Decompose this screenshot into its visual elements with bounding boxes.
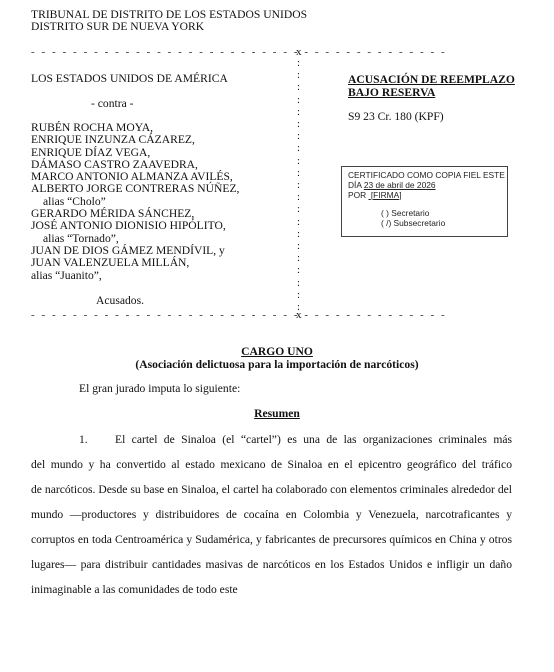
caption-colon: : <box>297 217 300 228</box>
paragraph-line: del mundo y ha convertido al estado mexi… <box>31 458 512 472</box>
caption-colon: : <box>297 229 300 240</box>
paragraph-line: mundo —productores y distribuidores de c… <box>31 508 512 522</box>
caption-colon: : <box>297 70 300 81</box>
caption-bottom-x: x <box>296 309 302 321</box>
caption-top-rule: - - - - - - - - - - - - - - - - - - - - … <box>31 46 447 58</box>
case-number: S9 23 Cr. 180 (KPF) <box>348 110 444 123</box>
paragraph-line: El cartel de Sinaloa (el “cartel”) es un… <box>115 433 512 447</box>
caption-colon: : <box>297 95 300 106</box>
defendant: ENRIQUE INZUNZA CÁZAREZ, <box>31 134 239 146</box>
caption-colon: : <box>297 131 300 142</box>
caption-bottom-rule: - - - - - - - - - - - - - - - - - - - - … <box>31 309 447 321</box>
plaintiff: LOS ESTADOS UNIDOS DE AMÉRICA <box>31 73 228 85</box>
cert-option-deputy-clerk: ( /) Subsecretario <box>348 219 507 229</box>
certified-copy-stamp: CERTIFICADO COMO COPIA FIEL ESTE DÍA 23 … <box>341 166 508 237</box>
court-heading: TRIBUNAL DE DISTRITO DE LOS ESTADOS UNID… <box>31 9 307 33</box>
caption-colon: : <box>297 180 300 191</box>
paragraph-line: inimaginable a las comunidades de todo e… <box>31 583 238 596</box>
caption-colon: : <box>297 253 300 264</box>
defendant: ALBERTO JORGE CONTRERAS NÚÑEZ, <box>31 183 239 195</box>
caption-colon: : <box>297 107 300 118</box>
defendant: JUAN VALENZUELA MILLÁN, <box>31 257 239 269</box>
defendants-list: RUBÉN ROCHA MOYA, ENRIQUE INZUNZA CÁZARE… <box>31 122 239 282</box>
cert-by-line: POR [FIRMA] <box>348 191 507 201</box>
cert-signature: [FIRMA] <box>368 191 432 201</box>
caption-colon: : <box>297 119 300 130</box>
versus-label: - contra - <box>91 98 134 110</box>
section-heading: Resumen <box>0 407 554 420</box>
document-title: ACUSACIÓN DE REEMPLAZO BAJO RESERVA <box>348 73 515 99</box>
defendant: JOSÉ ANTONIO DIONISIO HIPÓLITO, <box>31 220 239 232</box>
caption-colon: : <box>297 168 300 179</box>
document-title-line: ACUSACIÓN DE REEMPLAZO <box>348 73 515 86</box>
caption-colon: : <box>297 290 300 301</box>
caption-colon: : <box>297 82 300 93</box>
paragraph-number: 1. <box>79 433 88 446</box>
caption-colon: : <box>297 143 300 154</box>
document-title-line: BAJO RESERVA <box>348 86 515 99</box>
caption-colon: : <box>297 192 300 203</box>
cert-signature-text: [FIRMA] <box>371 190 402 200</box>
caption-colon: : <box>297 241 300 252</box>
court-district: DISTRITO SUR DE NUEVA YORK <box>31 21 307 33</box>
caption-colon: : <box>297 278 300 289</box>
count-heading: CARGO UNO <box>0 345 554 358</box>
defendants-label: Acusados. <box>96 295 144 307</box>
caption-colon: : <box>297 265 300 276</box>
paragraph-line: de narcóticos. Desde su base en Sinaloa,… <box>31 483 512 497</box>
paragraph-line: lugares— para distribuir cantidades masi… <box>31 558 512 572</box>
caption-colon: : <box>297 204 300 215</box>
count-subheading: (Asociación delictuosa para la importaci… <box>0 358 554 371</box>
cert-date: 23 de abril de 2026 <box>364 180 436 190</box>
paragraph-line: corruptos en toda Centroamérica y Sudamé… <box>31 533 512 547</box>
cert-by-label: POR <box>348 190 366 200</box>
caption-colon: : <box>297 156 300 167</box>
caption-colon: : <box>297 58 300 69</box>
cert-day-label: DÍA <box>348 180 362 190</box>
count-intro: El gran jurado imputa lo siguiente: <box>79 382 240 395</box>
defendant-alias: alias “Juanito”, <box>31 270 239 282</box>
